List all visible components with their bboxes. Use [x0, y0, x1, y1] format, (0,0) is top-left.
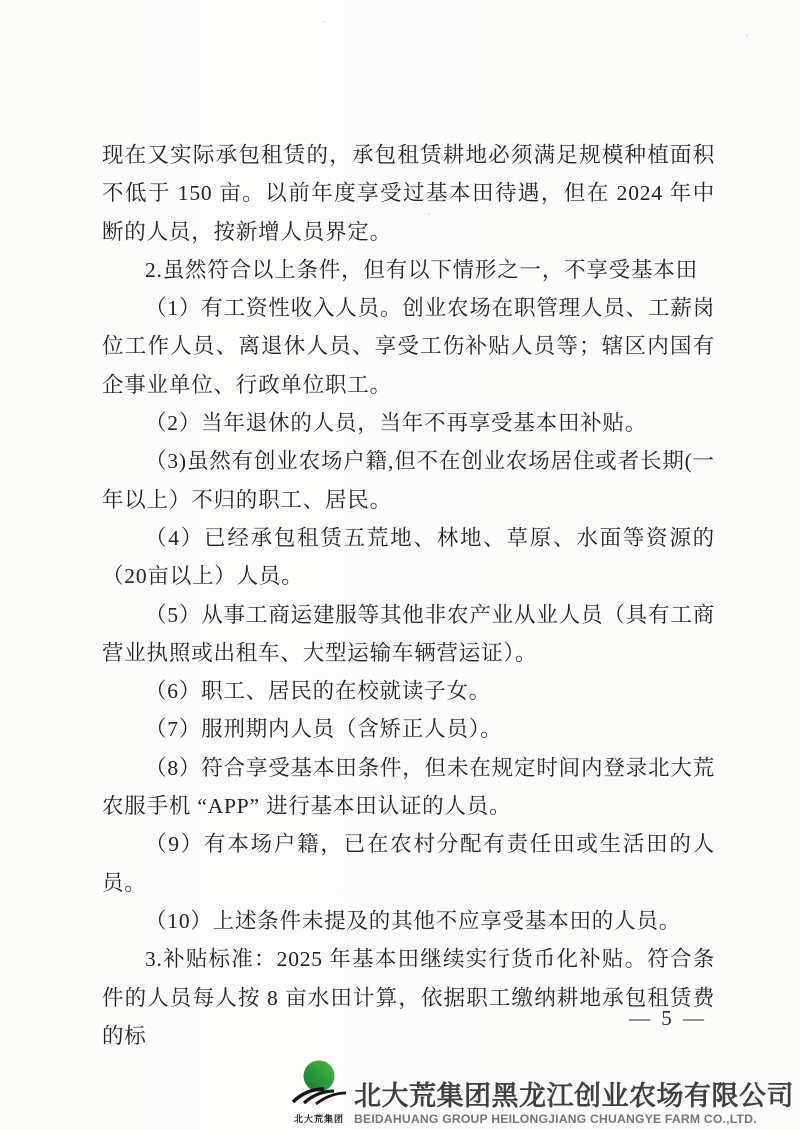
- paragraph: （5）从事工商运建服等其他非农产业从业人员（具有工商营业执照或出租车、大型运输车…: [102, 596, 715, 673]
- footer: 北大荒集团 北大荒集团黑龙江创业农场有限公司 BEIDAHUANG GROUP …: [289, 1060, 794, 1127]
- scan-speck: [167, 47, 169, 49]
- paragraph: （7）服刑期内人员（含矫正人员）。: [102, 710, 715, 748]
- beidahuang-logo: 北大荒集团: [289, 1060, 349, 1127]
- paragraph: （8）符合享受基本田条件，但未在规定时间内登录北大荒农服手机 “APP” 进行基…: [102, 749, 715, 826]
- page-number: — 5 —: [629, 1006, 707, 1031]
- paragraph: （3)虽然有创业农场户籍,但不在创业农场居住或者长期(一年以上）不归的职工、居民…: [102, 442, 715, 519]
- paragraph: 2.虽然符合以上条件，但有以下情形之一，不享受基本田: [102, 251, 715, 289]
- company-name-zh: 北大荒集团黑龙江创业农场有限公司: [354, 1082, 794, 1111]
- paragraph: （6）职工、居民的在校就读子女。: [102, 672, 715, 710]
- paragraph: （9）有本场户籍，已在农村分配有责任田或生活田的人员。: [102, 825, 715, 902]
- logo-label: 北大荒集团: [294, 1112, 344, 1125]
- paragraph: 现在又实际承包租赁的，承包租赁耕地必须满足规模种植面积不低于 150 亩。以前年…: [102, 136, 715, 251]
- scan-speck: [428, 213, 430, 215]
- document-page: 现在又实际承包租赁的，承包租赁耕地必须满足规模种植面积不低于 150 亩。以前年…: [0, 0, 800, 1130]
- paragraph: （2）当年退休的人员，当年不再享受基本田补贴。: [102, 404, 715, 442]
- paragraph: 3.补贴标准：2025 年基本田继续实行货币化补贴。符合条件的人员每人按 8 亩…: [102, 940, 715, 1055]
- paragraph: （1）有工资性收入人员。创业农场在职管理人员、工薪岗位工作人员、离退休人员、享受…: [102, 289, 715, 404]
- scan-speck: [323, 21, 325, 23]
- paragraph: （4）已经承包租赁五荒地、林地、草原、水面等资源的（20亩以上）人员。: [102, 519, 715, 596]
- beidahuang-sun-field-icon: [291, 1060, 347, 1111]
- scan-speck: [746, 34, 748, 37]
- document-body: 现在又实际承包租赁的，承包租赁耕地必须满足规模种植面积不低于 150 亩。以前年…: [102, 136, 715, 1055]
- company-name-en: BEIDAHUANG GROUP HEILONGJIANG CHUANGYE F…: [354, 1111, 757, 1127]
- company-name-block: 北大荒集团黑龙江创业农场有限公司 BEIDAHUANG GROUP HEILON…: [354, 1082, 794, 1127]
- paragraph: （10）上述条件未提及的其他不应享受基本田的人员。: [102, 902, 715, 940]
